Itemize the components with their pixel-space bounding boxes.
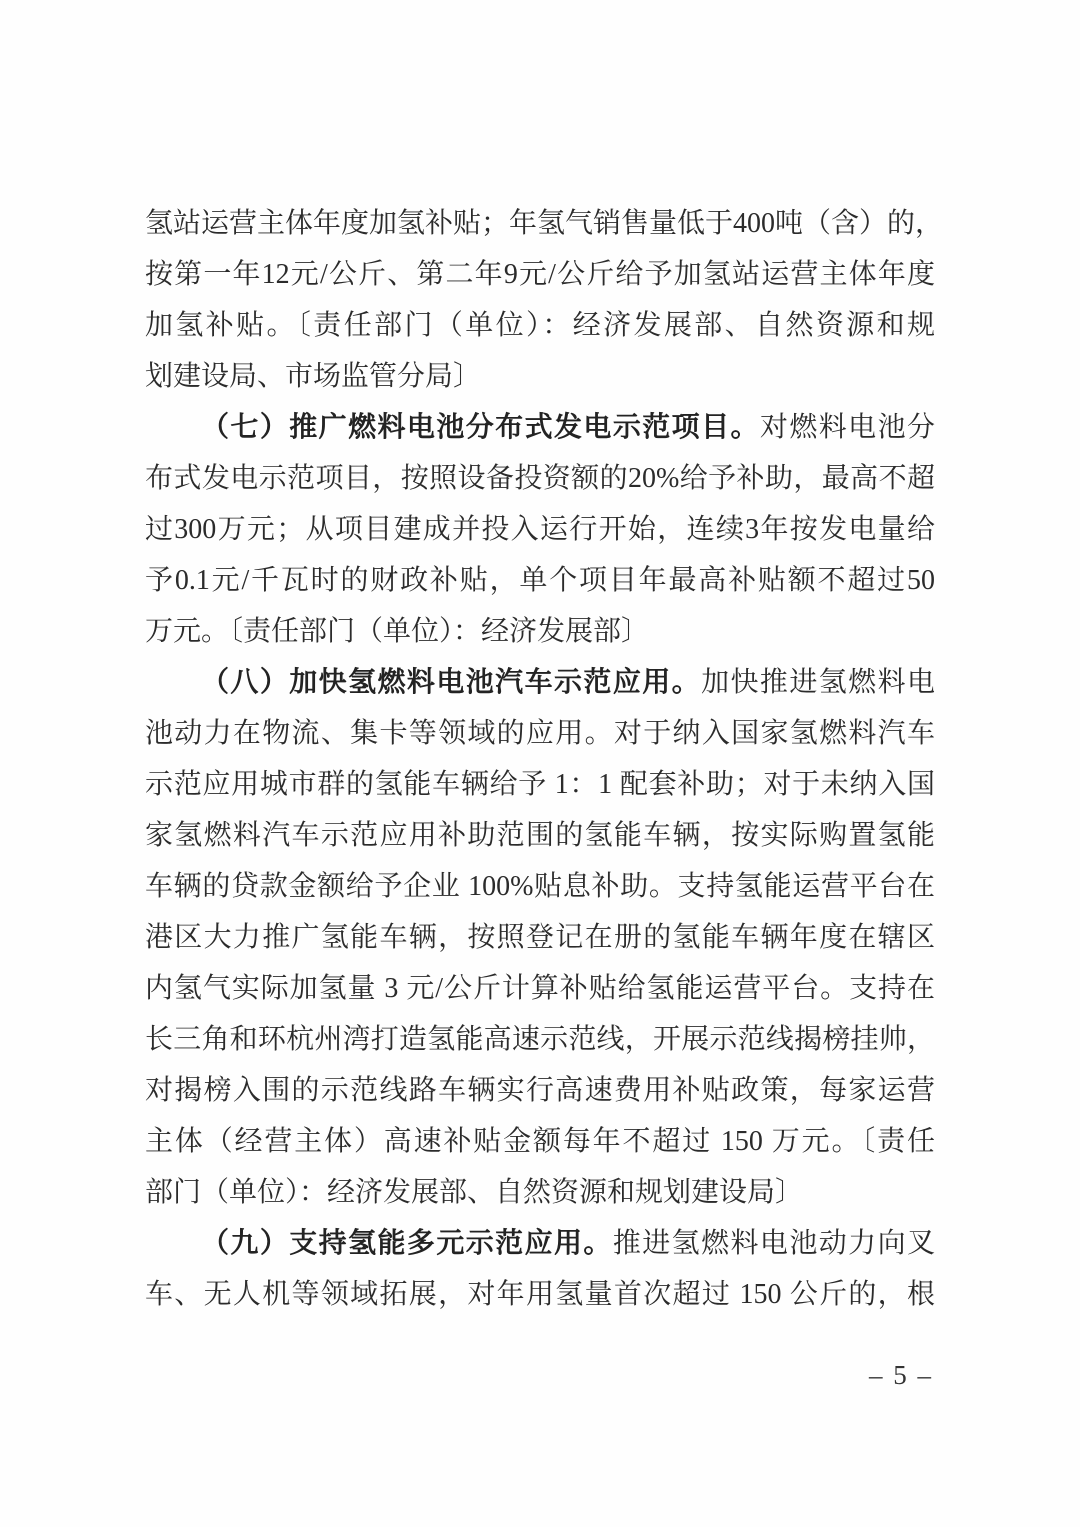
body-text-segment: 加快推进氢燃料电 [701, 667, 935, 698]
text-line: 池动力在物流、集卡等领域的应用。对于纳入国家氢燃料汽车 [145, 708, 935, 759]
body-text-segment: 对燃料电池分 [760, 412, 935, 443]
text-line: 氢站运营主体年度加氢补贴；年氢气销售量低于400吨（含）的， [145, 198, 935, 249]
body-text-segment: 划建设局、市场监管分局〕 [145, 361, 481, 392]
body-text-segment: 车辆的贷款金额给予企业 100%贴息补助。支持氢能运营平台在 [145, 871, 935, 902]
text-line: 部门（单位）：经济发展部、自然资源和规划建设局〕 [145, 1167, 935, 1218]
paragraph-item-7-fuel-cell-distributed-generation: （七）推广燃料电池分布式发电示范项目。对燃料电池分布式发电示范项目，按照设备投资… [145, 402, 935, 657]
text-line: （七）推广燃料电池分布式发电示范项目。对燃料电池分 [145, 402, 935, 453]
body-text-segment: 港区大力推广氢能车辆，按照登记在册的氢能车辆年度在辖区 [145, 922, 935, 953]
body-text-segment: 予0.1元/千瓦时的财政补贴，单个项目年最高补贴额不超过50 [145, 565, 935, 596]
text-line: 布式发电示范项目，按照设备投资额的20%给予补助，最高不超 [145, 453, 935, 504]
text-line: 对揭榜入围的示范线路车辆实行高速费用补贴政策，每家运营 [145, 1065, 935, 1116]
text-line: 长三角和环杭州湾打造氢能高速示范线，开展示范线揭榜挂帅， [145, 1014, 935, 1065]
text-line: 车辆的贷款金额给予企业 100%贴息补助。支持氢能运营平台在 [145, 861, 935, 912]
text-line: 主体（经营主体）高速补贴金额每年不超过 150 万元。〔责任 [145, 1116, 935, 1167]
text-line: 港区大力推广氢能车辆，按照登记在册的氢能车辆年度在辖区 [145, 912, 935, 963]
body-text-segment: 对揭榜入围的示范线路车辆实行高速费用补贴政策，每家运营 [145, 1075, 935, 1106]
text-line: 家氢燃料汽车示范应用补助范围的氢能车辆，按实际购置氢能 [145, 810, 935, 861]
body-text-segment: 过300万元；从项目建成并投入运行开始，连续3年按发电量给 [145, 514, 935, 545]
document-page: 氢站运营主体年度加氢补贴；年氢气销售量低于400吨（含）的，按第一年12元/公斤… [0, 0, 1080, 1527]
text-line: 加氢补贴。〔责任部门（单位）：经济发展部、自然资源和规 [145, 300, 935, 351]
body-text-segment: 车、无人机等领域拓展，对年用氢量首次超过 150 公斤的，根 [145, 1279, 935, 1310]
page-body-text: 氢站运营主体年度加氢补贴；年氢气销售量低于400吨（含）的，按第一年12元/公斤… [145, 198, 935, 1320]
text-line: 示范应用城市群的氢能车辆给予 1：1 配套补助；对于未纳入国 [145, 759, 935, 810]
body-text-segment: 内氢气实际加氢量 3 元/公斤计算补贴给氢能运营平台。支持在 [145, 973, 935, 1004]
section-heading-segment: （九）支持氢能多元示范应用。 [201, 1228, 613, 1259]
body-text-segment: 布式发电示范项目，按照设备投资额的20%给予补助，最高不超 [145, 463, 935, 494]
page-number: – 5 – [869, 1358, 933, 1392]
text-line: （九）支持氢能多元示范应用。推进氢燃料电池动力向叉 [145, 1218, 935, 1269]
text-line: 内氢气实际加氢量 3 元/公斤计算补贴给氢能运营平台。支持在 [145, 963, 935, 1014]
section-heading-segment: （七）推广燃料电池分布式发电示范项目。 [201, 412, 760, 443]
body-text-segment: 推进氢燃料电池动力向叉 [613, 1228, 935, 1259]
body-text-segment: 万元。〔责任部门（单位）：经济发展部〕 [145, 616, 649, 647]
body-text-segment: 加氢补贴。〔责任部门（单位）：经济发展部、自然资源和规 [145, 310, 935, 341]
text-line: 万元。〔责任部门（单位）：经济发展部〕 [145, 606, 935, 657]
text-line: 按第一年12元/公斤、第二年9元/公斤给予加氢站运营主体年度 [145, 249, 935, 300]
paragraph-item-9-diversified-hydrogen-applications: （九）支持氢能多元示范应用。推进氢燃料电池动力向叉车、无人机等领域拓展，对年用氢… [145, 1218, 935, 1320]
text-line: 过300万元；从项目建成并投入运行开始，连续3年按发电量给 [145, 504, 935, 555]
paragraph-item-8-fuel-cell-vehicle-demonstration: （八）加快氢燃料电池汽车示范应用。加快推进氢燃料电池动力在物流、集卡等领域的应用… [145, 657, 935, 1218]
body-text-segment: 池动力在物流、集卡等领域的应用。对于纳入国家氢燃料汽车 [145, 718, 935, 749]
body-text-segment: 主体（经营主体）高速补贴金额每年不超过 150 万元。〔责任 [145, 1126, 935, 1157]
text-line: （八）加快氢燃料电池汽车示范应用。加快推进氢燃料电 [145, 657, 935, 708]
section-heading-segment: （八）加快氢燃料电池汽车示范应用。 [201, 667, 701, 698]
body-text-segment: 示范应用城市群的氢能车辆给予 1：1 配套补助；对于未纳入国 [145, 769, 935, 800]
text-line: 予0.1元/千瓦时的财政补贴，单个项目年最高补贴额不超过50 [145, 555, 935, 606]
body-text-segment: 按第一年12元/公斤、第二年9元/公斤给予加氢站运营主体年度 [145, 259, 935, 290]
paragraph-hydrogen-station-subsidy-continuation: 氢站运营主体年度加氢补贴；年氢气销售量低于400吨（含）的，按第一年12元/公斤… [145, 198, 935, 402]
body-text-segment: 家氢燃料汽车示范应用补助范围的氢能车辆，按实际购置氢能 [145, 820, 935, 851]
body-text-segment: 氢站运营主体年度加氢补贴；年氢气销售量低于400吨（含）的， [145, 208, 943, 239]
body-text-segment: 部门（单位）：经济发展部、自然资源和规划建设局〕 [145, 1177, 803, 1208]
body-text-segment: 长三角和环杭州湾打造氢能高速示范线，开展示范线揭榜挂帅， [145, 1024, 935, 1055]
text-line: 车、无人机等领域拓展，对年用氢量首次超过 150 公斤的，根 [145, 1269, 935, 1320]
text-line: 划建设局、市场监管分局〕 [145, 351, 935, 402]
